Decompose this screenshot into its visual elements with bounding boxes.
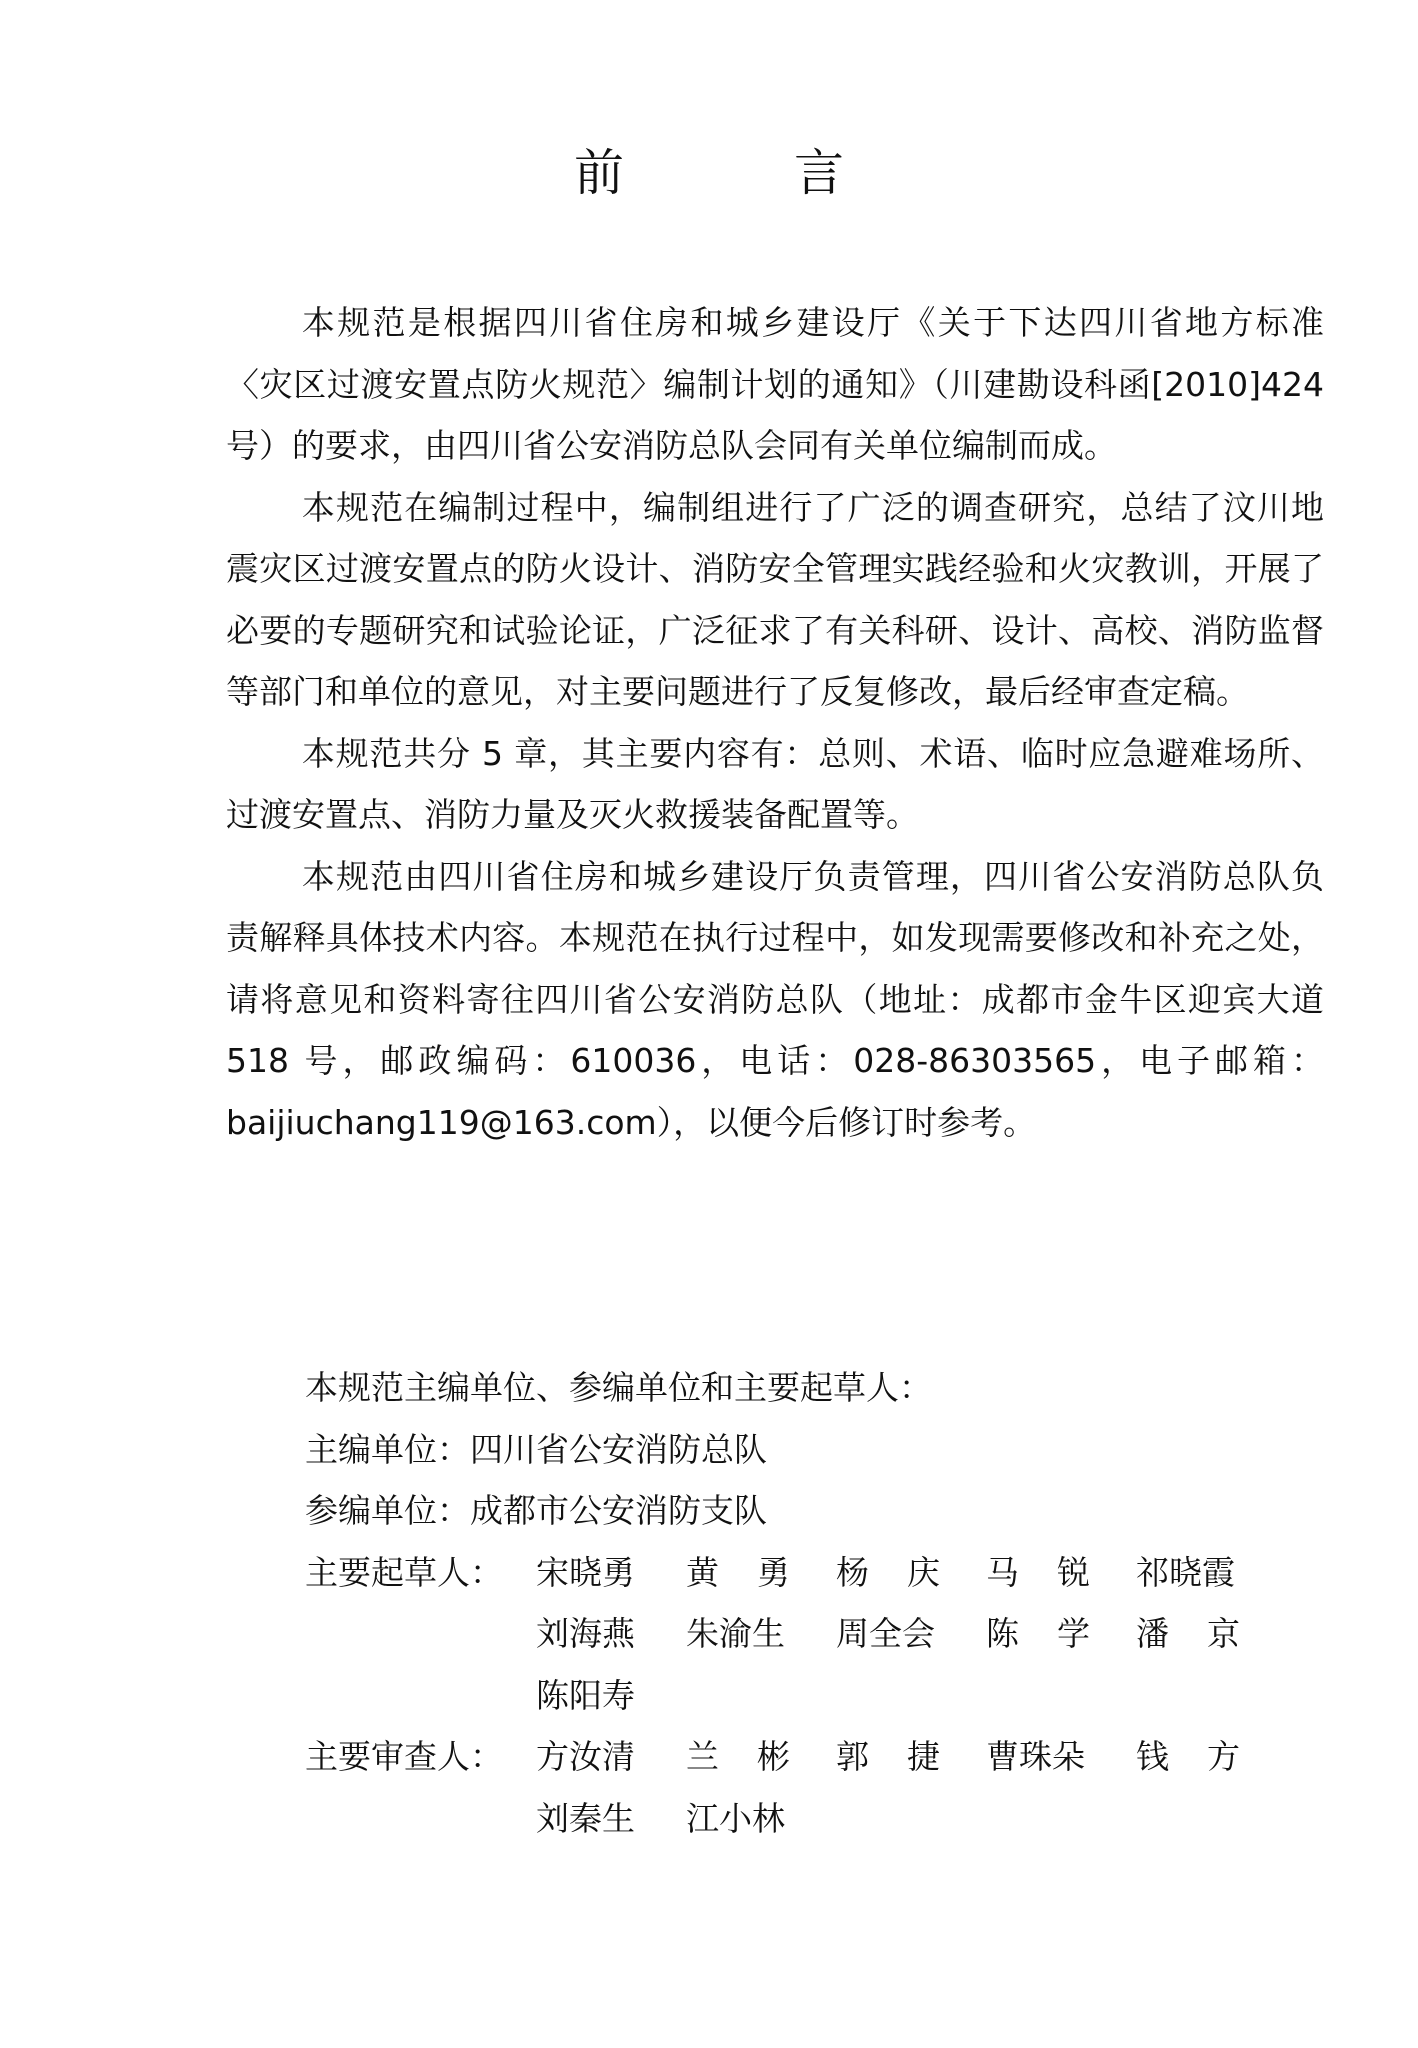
drafter-name: 马锐 [986,1542,1136,1604]
chief-editor-value: 四川省公安消防总队 [470,1419,767,1481]
drafter-name: 祁晓霞 [1136,1542,1286,1604]
paragraph-contents: 本规范共分 5 章，其主要内容有：总则、术语、临时应急避难场所、过渡安置点、消防… [226,723,1324,846]
co-editor-label: 参编单位： [305,1480,470,1542]
reviewer-name: 兰彬 [686,1726,836,1788]
reviewer-name: 郭捷 [836,1726,986,1788]
chief-editor-label: 主编单位： [305,1419,470,1481]
drafter-name: 陈学 [986,1603,1136,1665]
drafters-row: 主要起草人： 宋晓勇 黄勇 杨庆 马锐 祁晓霞 刘海燕 朱渝生 周全会 陈学 潘… [305,1542,1286,1727]
preface-body: 本规范是根据四川省住房和城乡建设厅《关于下达四川省地方标准〈灾区过渡安置点防火规… [226,292,1324,1153]
reviewer-name: 钱方 [1136,1726,1286,1788]
drafters-line: 陈阳寿 [536,1665,1286,1727]
paragraph-process: 本规范在编制过程中，编制组进行了广泛的调查研究，总结了汶川地震灾区过渡安置点的防… [226,477,1324,723]
reviewer-name: 江小林 [686,1788,836,1850]
drafter-name: 刘海燕 [536,1603,686,1665]
reviewer-name: 刘秦生 [536,1788,686,1850]
co-editor-row: 参编单位：成都市公安消防支队 [305,1480,1286,1542]
reviewers-list: 方汝清 兰彬 郭捷 曹珠朵 钱方 刘秦生 江小林 [536,1726,1286,1849]
page-title: 前 言 [0,143,1418,203]
chief-editor-row: 主编单位：四川省公安消防总队 [305,1419,1286,1481]
paragraph-management: 本规范由四川省住房和城乡建设厅负责管理，四川省公安消防总队负责解释具体技术内容。… [226,846,1324,1154]
co-editor-value: 成都市公安消防支队 [470,1480,767,1542]
drafters-line: 刘海燕 朱渝生 周全会 陈学 潘京 [536,1603,1286,1665]
drafters-list: 宋晓勇 黄勇 杨庆 马锐 祁晓霞 刘海燕 朱渝生 周全会 陈学 潘京 陈阳寿 [536,1542,1286,1727]
reviewer-name: 方汝清 [536,1726,686,1788]
drafter-name: 朱渝生 [686,1603,836,1665]
reviewers-row: 主要审查人： 方汝清 兰彬 郭捷 曹珠朵 钱方 刘秦生 江小林 [305,1726,1286,1849]
paragraph-origin: 本规范是根据四川省住房和城乡建设厅《关于下达四川省地方标准〈灾区过渡安置点防火规… [226,292,1324,477]
drafters-label: 主要起草人： [305,1542,536,1727]
drafter-name: 陈阳寿 [536,1665,686,1727]
reviewers-line: 方汝清 兰彬 郭捷 曹珠朵 钱方 [536,1726,1286,1788]
drafter-name: 宋晓勇 [536,1542,686,1604]
drafter-name: 周全会 [836,1603,986,1665]
drafter-name: 潘京 [1136,1603,1286,1665]
reviewer-name: 曹珠朵 [986,1726,1136,1788]
credits-intro: 本规范主编单位、参编单位和主要起草人： [305,1357,1286,1419]
reviewers-label: 主要审查人： [305,1726,536,1849]
credits-section: 本规范主编单位、参编单位和主要起草人： 主编单位：四川省公安消防总队 参编单位：… [305,1357,1286,1849]
drafter-name: 黄勇 [686,1542,836,1604]
reviewers-line: 刘秦生 江小林 [536,1788,1286,1850]
drafter-name: 杨庆 [836,1542,986,1604]
drafters-line: 宋晓勇 黄勇 杨庆 马锐 祁晓霞 [536,1542,1286,1604]
